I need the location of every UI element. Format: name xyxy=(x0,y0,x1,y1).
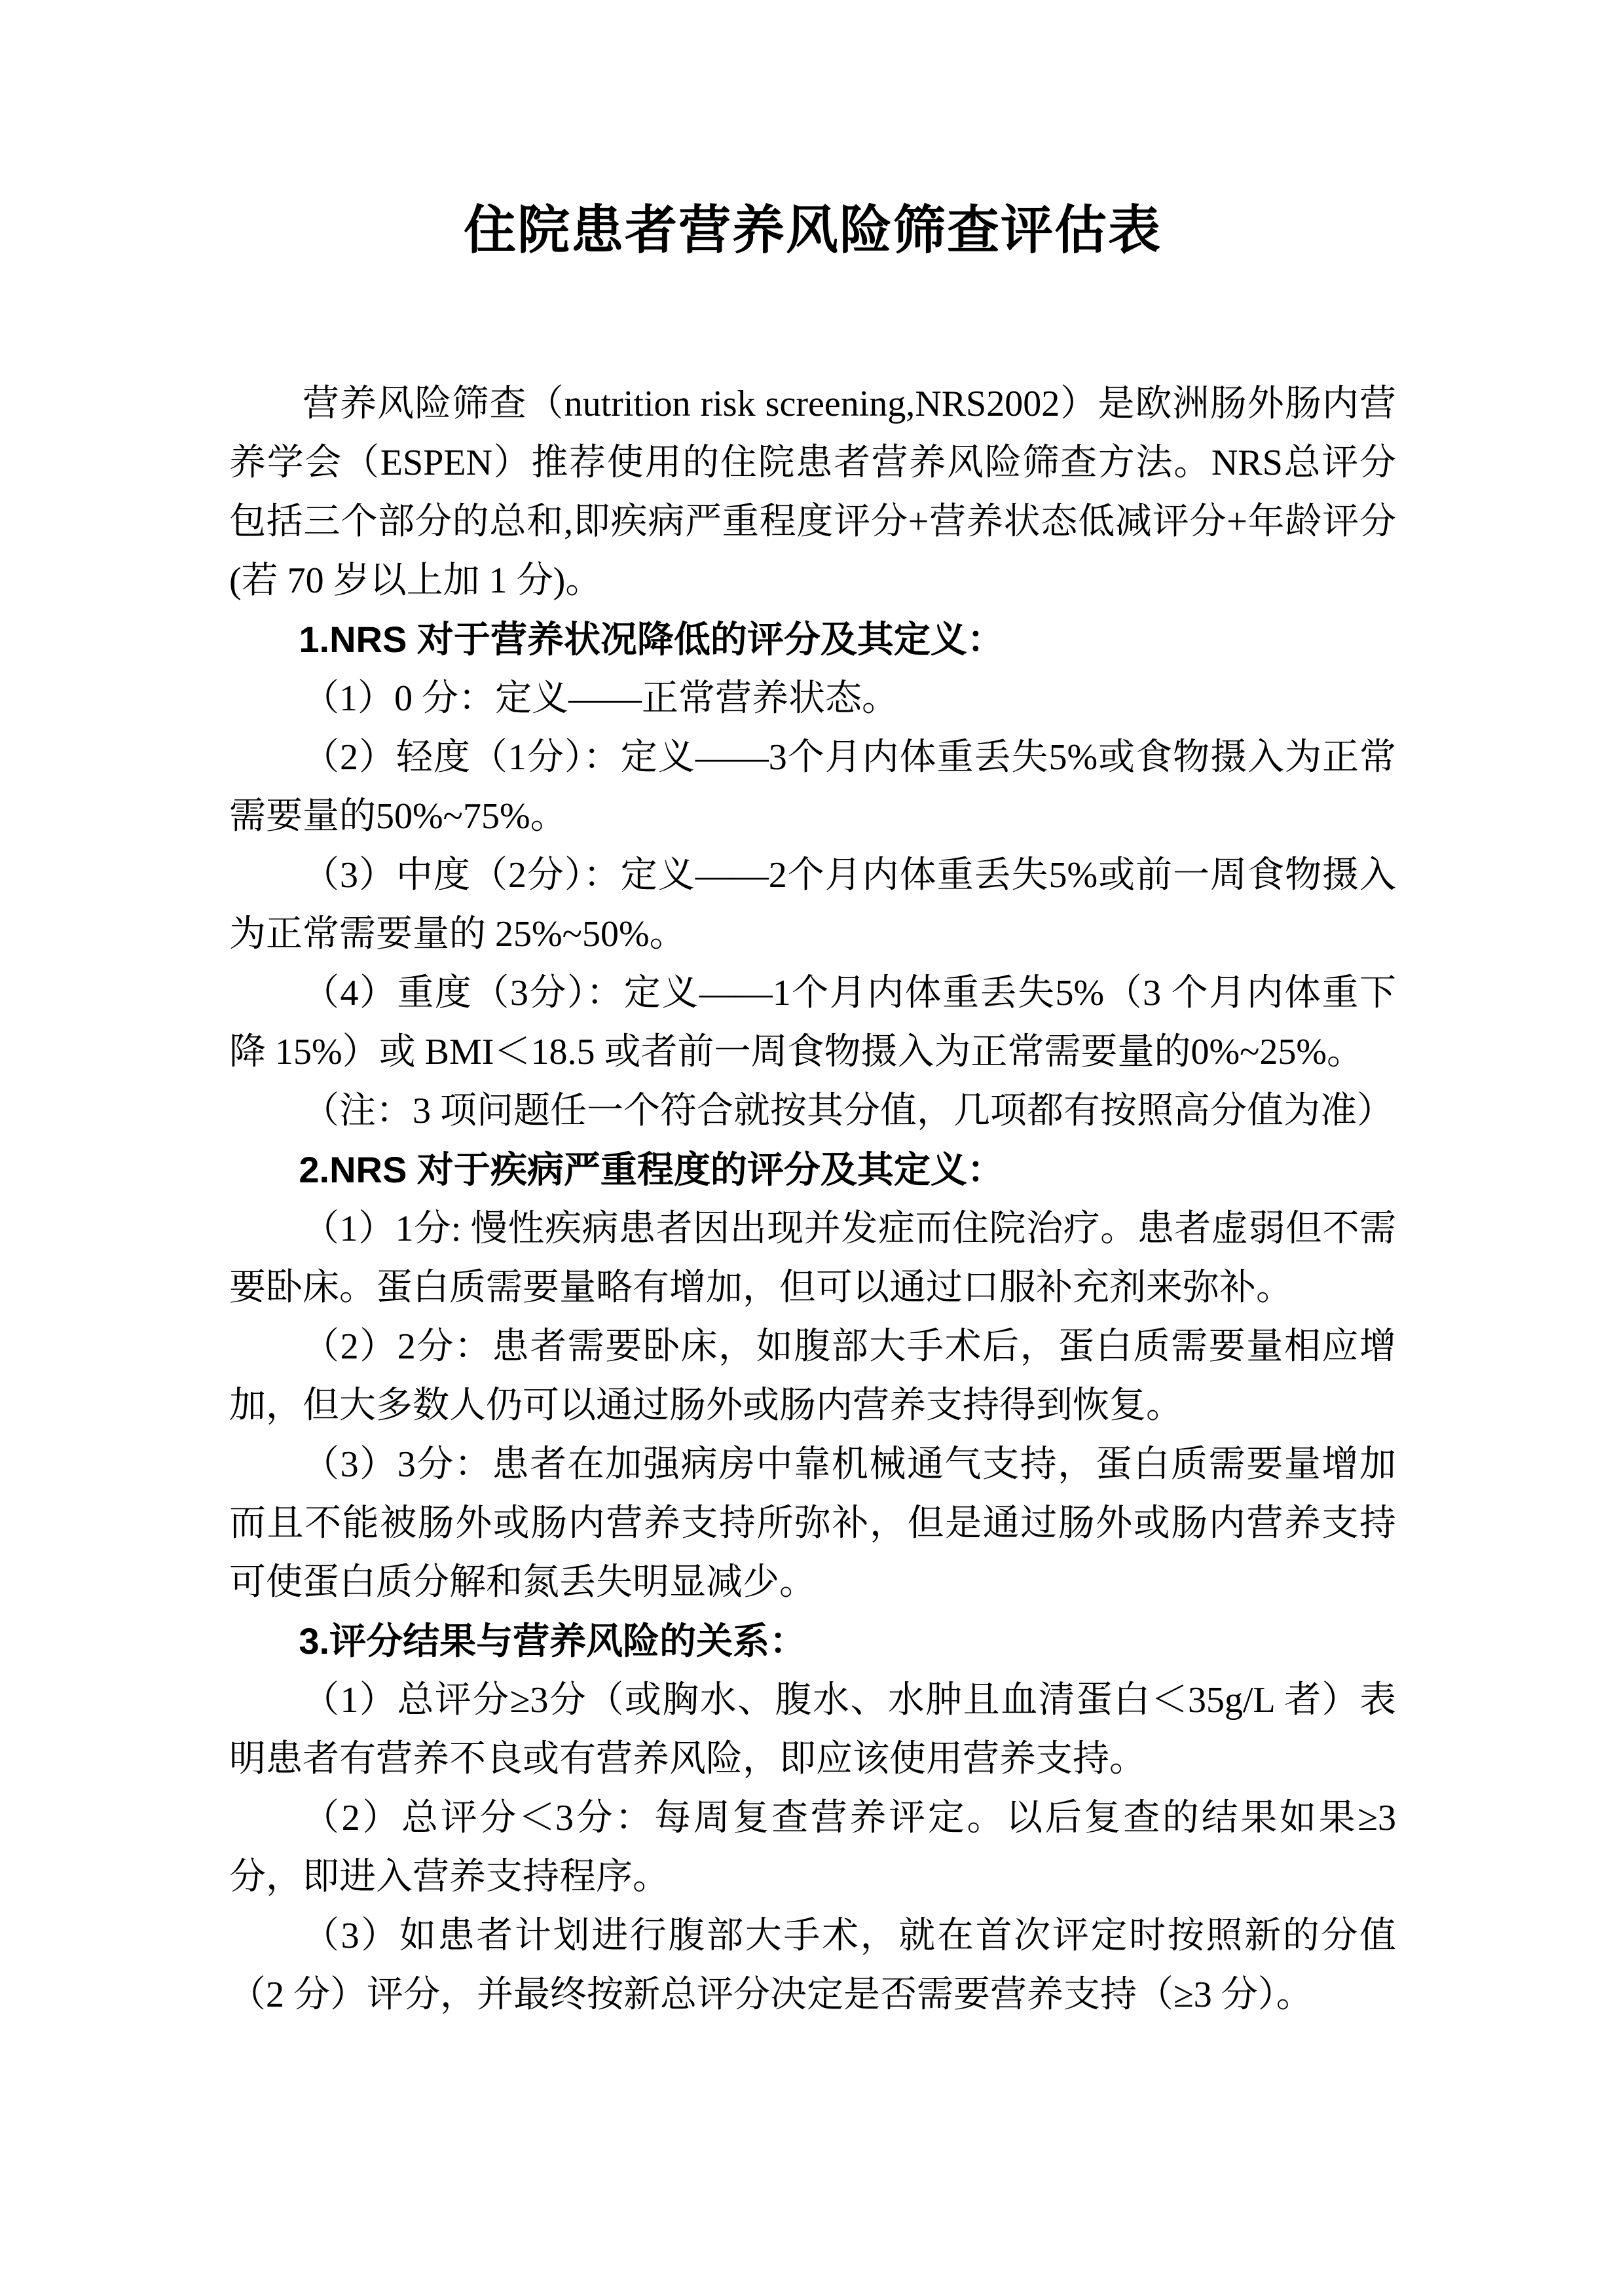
section1-item-4: （4）重度（3分）：定义——1个月内体重丢失5%（3 个月内体重下降 15%）或… xyxy=(229,964,1396,1082)
document-page: 住院患者营养风险筛查评估表 营养风险筛查（nutrition risk scre… xyxy=(0,0,1624,2296)
intro-paragraph: 营养风险筛查（nutrition risk screening,NRS2002）… xyxy=(229,374,1396,610)
section3-item-2: （2）总评分＜3分：每周复查营养评定。以后复查的结果如果≥3分，即进入营养支持程… xyxy=(229,1789,1396,1906)
section1-note: （注：3 项问题任一个符合就按其分值，几项都有按照高分值为准） xyxy=(229,1082,1396,1140)
section3-item-1: （1）总评分≥3分（或胸水、腹水、水肿且血清蛋白＜35g/L 者）表明患者有营养… xyxy=(229,1671,1396,1789)
section1-item-1: （1）0 分：定义——正常营养状态。 xyxy=(229,669,1396,728)
section2-item-1: （1）1分: 慢性疾病患者因出现并发症而住院治疗。患者虚弱但不需要卧床。蛋白质需… xyxy=(229,1199,1396,1317)
document-title: 住院患者营养风险筛查评估表 xyxy=(229,196,1396,264)
section-heading-2: 2.NRS 对于疾病严重程度的评分及其定义： xyxy=(229,1140,1396,1199)
section2-item-2: （2）2分：患者需要卧床，如腹部大手术后，蛋白质需要量相应增加，但大多数人仍可以… xyxy=(229,1317,1396,1435)
section-heading-1: 1.NRS 对于营养状况降低的评分及其定义： xyxy=(229,610,1396,669)
section3-item-3: （3）如患者计划进行腹部大手术，就在首次评定时按照新的分值（2 分）评分，并最终… xyxy=(229,1906,1396,2024)
section-heading-3: 3.评分结果与营养风险的关系： xyxy=(229,1612,1396,1671)
section2-item-3: （3）3分：患者在加强病房中靠机械通气支持，蛋白质需要量增加而且不能被肠外或肠内… xyxy=(229,1435,1396,1612)
section1-item-2: （2）轻度（1分）：定义——3个月内体重丢失5%或食物摄入为正常需要量的50%~… xyxy=(229,728,1396,846)
section1-item-3: （3）中度（2分）：定义——2个月内体重丢失5%或前一周食物摄入为正常需要量的 … xyxy=(229,846,1396,964)
